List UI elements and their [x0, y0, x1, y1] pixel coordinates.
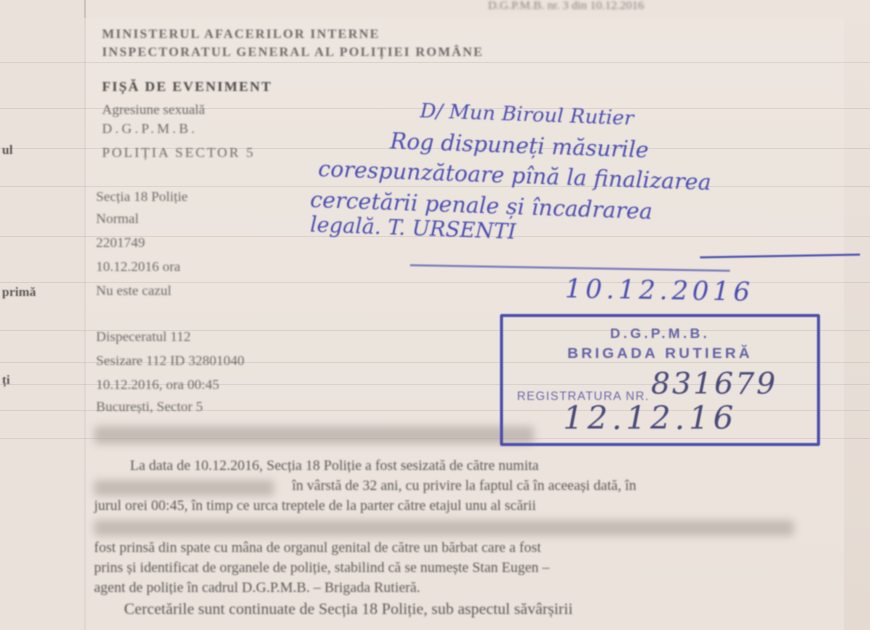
document-photo: D.G.P.M.B. nr. 3 din 10.12.2016 ul primă… — [0, 0, 870, 630]
body-line: La data de 10.12.2016, Secția 18 Poliție… — [94, 456, 804, 476]
field-source: Dispeceratul 112 — [96, 330, 191, 346]
form-title: FIȘĂ DE EVENIMENT — [102, 80, 272, 96]
field-report-id: Sesizare 112 ID 32801040 — [96, 354, 244, 370]
body-line: agent de poliție în cadrul D.G.P.M.B. – … — [94, 578, 804, 598]
field-not-applicable: Nu este cazul — [96, 284, 171, 300]
inspectorate-name: INSPECTORATUL GENERAL AL POLIȚIEI ROMÂNE — [102, 44, 484, 60]
field-record-number: 2201749 — [96, 236, 145, 252]
registration-stamp: D.G.P.M.B. BRIGADA RUTIERĂ REGISTRATURA … — [500, 314, 820, 446]
ministry-name: MINISTERUL AFACERILOR INTERNE — [102, 26, 380, 42]
body-line: fost prinsă din spate cu mâna de organul… — [94, 538, 804, 558]
field-location: București, Sector 5 — [96, 400, 203, 416]
redacted-address-line — [94, 520, 794, 536]
margin-label: primă — [2, 284, 36, 300]
stamp-registration-number: 831679 — [651, 367, 778, 402]
top-reference: D.G.P.M.B. nr. 3 din 10.12.2016 — [488, 0, 644, 13]
field-unit: D.G.P.M.B. — [102, 122, 198, 138]
redacted-name — [94, 480, 274, 496]
field-event-type: Agresiune sexuală — [102, 103, 205, 119]
stamp-registration-date: 12.12.16 — [563, 399, 738, 437]
handwritten-date: 10.12.2016 — [565, 274, 754, 307]
underlying-sheet — [0, 0, 86, 630]
body-line: în vârstă de 32 ani, cu privire la faptu… — [292, 476, 804, 496]
field-date: 10.12.2016 ora — [96, 260, 180, 276]
stamp-line-1: D.G.P.M.B. — [503, 325, 817, 341]
stamp-line-2: BRIGADA RUTIERĂ — [503, 345, 817, 362]
field-station: Secția 18 Poliție — [96, 190, 188, 206]
body-line: Cercetările sunt continuate de Secția 18… — [94, 600, 804, 620]
body-line: prins și identificat de organele de poli… — [94, 558, 804, 578]
body-line: jurul orei 00:45, în timp ce urca trepte… — [94, 496, 804, 516]
field-priority: Normal — [96, 212, 139, 228]
field-report-datetime: 10.12.2016, ora 00:45 — [96, 378, 219, 394]
field-police-sector: POLIȚIA SECTOR 5 — [102, 146, 255, 162]
margin-label: ul — [2, 142, 13, 158]
margin-label: ți — [2, 372, 10, 388]
redacted-address — [94, 426, 534, 444]
